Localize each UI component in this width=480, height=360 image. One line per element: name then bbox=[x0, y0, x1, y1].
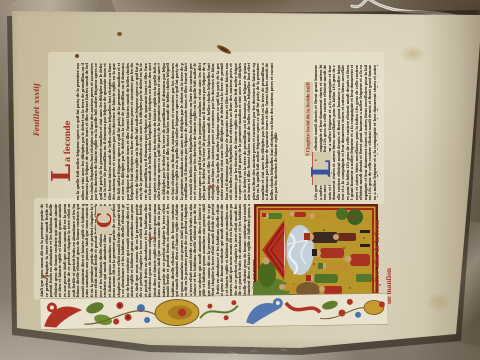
miniature-woodcut bbox=[254, 204, 378, 300]
stain-mark bbox=[426, 292, 452, 312]
body-column-left: Ainſi que nous auons dit en la premiere … bbox=[40, 204, 259, 297]
rubric-chapter-line: ¶ Chapitre ſecōd de la ſecōde māſion bbox=[304, 82, 313, 156]
chapter-title-initial: L bbox=[52, 157, 72, 189]
floral-border-art bbox=[40, 291, 389, 332]
pilcrow-mark: ¶ bbox=[208, 184, 217, 188]
miniature-scene bbox=[254, 204, 378, 300]
chapter-title: a ſeconde manſion bbox=[57, 84, 77, 162]
pilcrow-mark: ¶ bbox=[148, 236, 157, 240]
pilcrow-mark: ¶ bbox=[42, 274, 51, 278]
photograph-of-manuscript-leaf: Feuillet xxviij a ſeconde manſion L en l… bbox=[0, 0, 480, 360]
floral-border bbox=[40, 291, 389, 332]
paragraph-initial-red: C bbox=[96, 206, 111, 234]
stain-mark bbox=[75, 54, 79, 58]
chapter-initial-blue: L bbox=[312, 152, 331, 185]
body-column-right-a: en la quelle fuſt noſtre ſeigneur apres … bbox=[76, 63, 292, 200]
stain-mark bbox=[400, 45, 426, 63]
stain-mark bbox=[117, 32, 122, 36]
manuscript-page: Feuillet xxviij a ſeconde manſion L en l… bbox=[0, 0, 480, 360]
folio-heading: Feuillet xxviij bbox=[26, 82, 48, 136]
